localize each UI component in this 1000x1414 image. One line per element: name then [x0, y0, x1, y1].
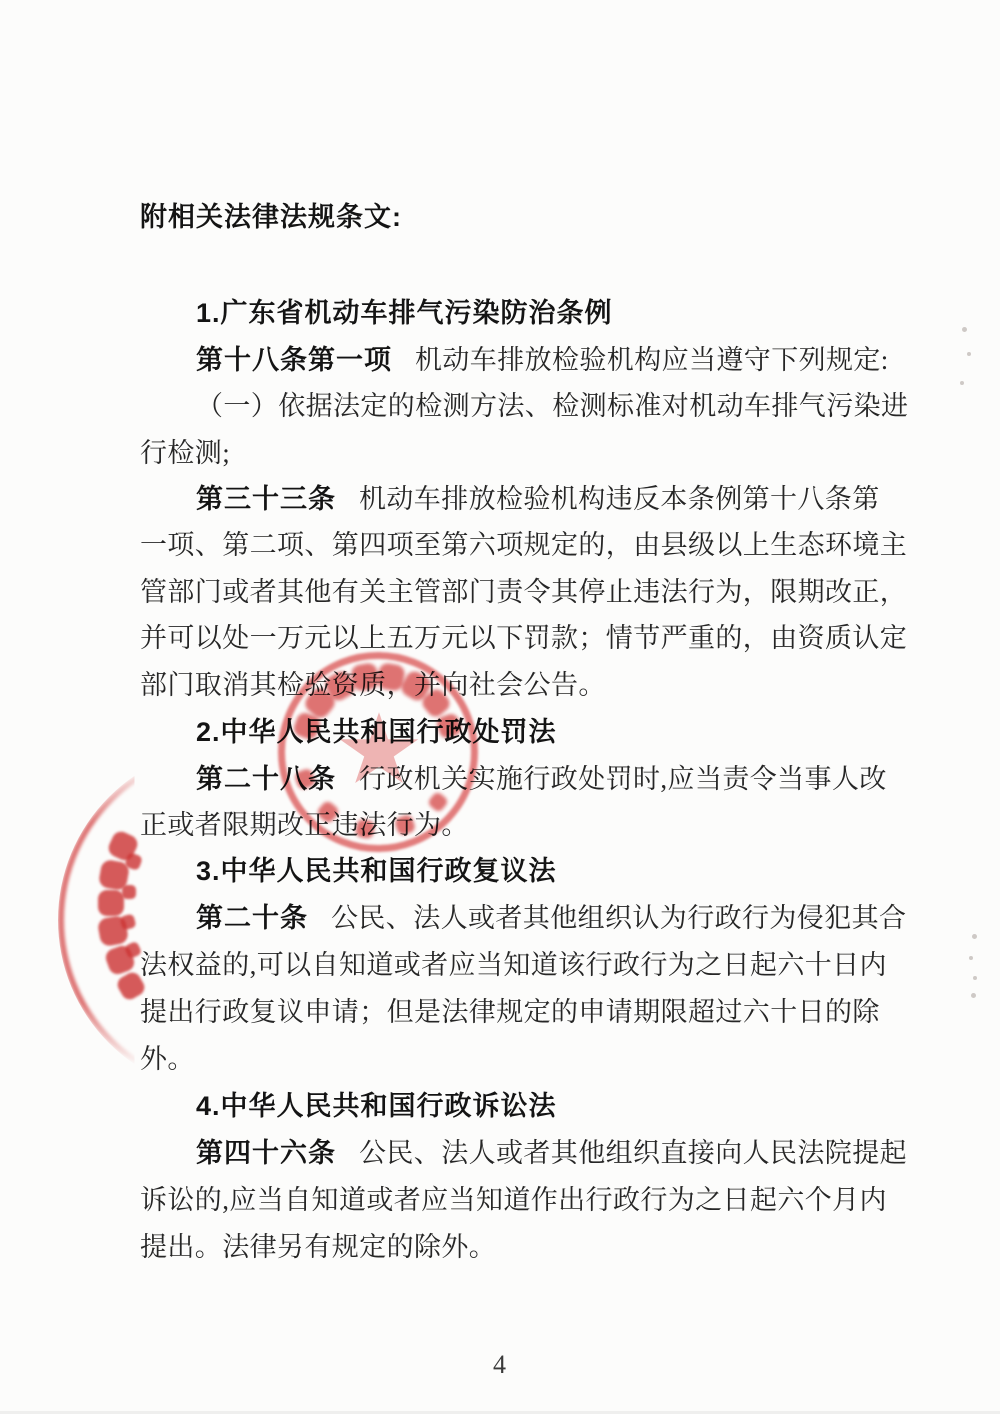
- attachment-title-text: 附相关法律法规条文:: [140, 202, 402, 232]
- body-line: 部门取消其检验资质，并向社会公告。: [140, 670, 606, 701]
- body-line: 诉讼的,应当自知道或者应当知道作出行政行为之日起六个月内: [140, 1185, 887, 1216]
- body-line: 正或者限期改正违法行为。: [140, 810, 469, 841]
- section-3-heading: 3.中华人民共和国行政复议法: [196, 856, 580, 887]
- scan-speckle: [960, 381, 964, 385]
- section-2-heading: 2.中华人民共和国行政处罚法: [196, 717, 580, 748]
- body-line: 外。: [140, 1044, 195, 1075]
- article-20-line: 第二十条公民、法人或者其他组织认为行政行为侵犯其合: [196, 903, 906, 934]
- body-line: 提出。法律另有规定的除外。: [140, 1232, 496, 1263]
- scan-speckle: [967, 352, 971, 356]
- section-1-heading: 1.广东省机动车排气污染防治条例: [196, 298, 636, 329]
- article-18-line: 第十八条第一项机动车排放检验机构应当遵守下列规定:: [196, 345, 889, 376]
- body-line: 行检测;: [140, 438, 230, 469]
- article-28-line: 第二十八条行政机关实施行政处罚时,应当责令当事人改: [196, 764, 887, 795]
- scan-speckle: [972, 934, 977, 939]
- attachment-title: 附相关法律法规条文:: [140, 202, 425, 233]
- body-line: 提出行政复议申请；但是法律规定的申请期限超过六十日的除: [140, 997, 880, 1028]
- article-33-line: 第三十三条机动车排放检验机构违反本条例第十八条第: [196, 484, 880, 515]
- article-number: 第二十八条: [196, 764, 336, 794]
- article-number: 第三十三条: [196, 484, 336, 514]
- scan-speckle: [973, 976, 977, 980]
- section-4-heading: 4.中华人民共和国行政诉讼法: [196, 1091, 580, 1122]
- document-page: 附相关法律法规条文: 1.广东省机动车排气污染防治条例 第十八条第一项机动车排放…: [0, 0, 1000, 1414]
- body-line: 并可以处一万元以上五万元以下罚款；情节严重的，由资质认定: [140, 623, 907, 654]
- article-number: 第十八条第一项: [196, 345, 392, 375]
- scan-speckle: [969, 956, 973, 960]
- article-number: 第二十条: [196, 903, 308, 933]
- article-46-line: 第四十六条公民、法人或者其他组织直接向人民法院提起: [196, 1138, 907, 1169]
- article-number: 第四十六条: [196, 1138, 336, 1168]
- page-number: 4: [0, 1350, 1000, 1380]
- scan-speckle: [971, 993, 976, 998]
- scan-speckle: [962, 327, 967, 332]
- body-line: 一项、第二项、第四项至第六项规定的，由县级以上生态环境主: [140, 530, 907, 561]
- body-line: 管部门或者其他有关主管部门责令其停止违法行为，限期改正，: [140, 577, 907, 608]
- body-line: 法权益的,可以自知道或者应当知道该行政行为之日起六十日内: [140, 950, 887, 981]
- body-line: （一）依据法定的检测方法、检测标准对机动车排气污染进: [196, 391, 908, 422]
